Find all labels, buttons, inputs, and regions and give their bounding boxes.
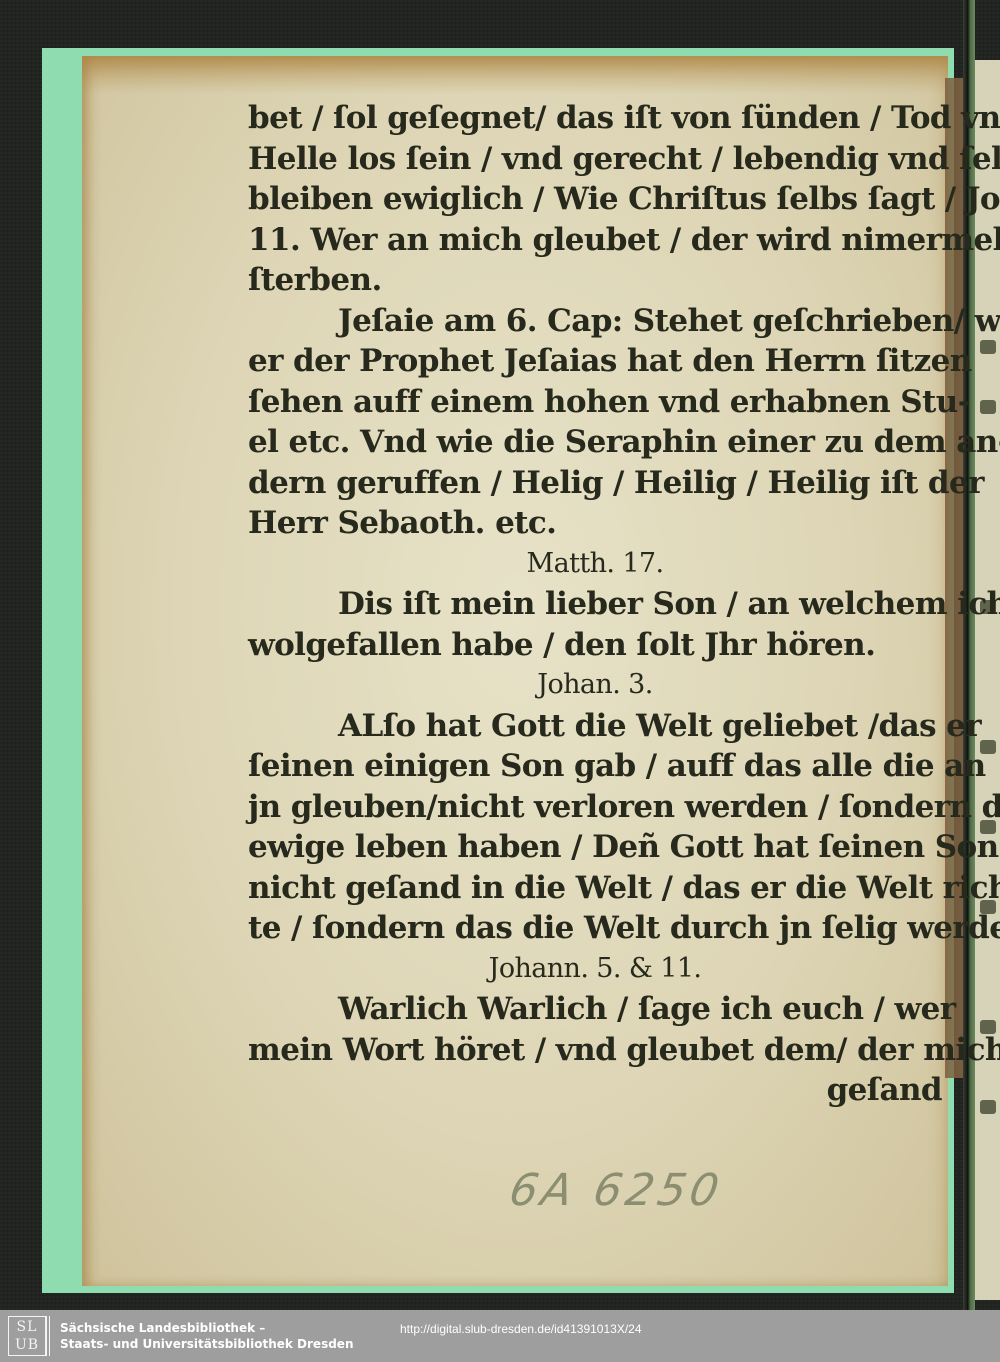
scripture-reference-heading: Johan. 3.: [248, 665, 942, 706]
adjacent-page-text-fragment: [980, 400, 996, 414]
text-line: jn gleuben/nicht verloren werden / ſonde…: [248, 787, 942, 828]
text-line: el etc. Vnd wie die Seraphin einer zu de…: [248, 422, 942, 463]
scripture-reference-heading: Johann. 5. & 11.: [248, 949, 942, 990]
text-line: ALſo hat Gott die Welt geliebet /das er: [248, 706, 942, 747]
text-line: dern geruffen / Helig / Heilig / Heilig …: [248, 463, 942, 504]
text-line: Herr Sebaoth. etc.: [248, 503, 942, 544]
adjacent-page-text-fragment: [980, 1100, 996, 1114]
institution-name: Sächsische Landesbibliothek – Staats- un…: [60, 1320, 353, 1352]
page-text: bet / ſol geſegnet/ das iſt von ſünden /…: [248, 98, 942, 1111]
text-line: ſterben.: [248, 260, 942, 301]
institution-line-1: Sächsische Landesbibliothek –: [60, 1320, 353, 1336]
logo-text-bottom: UB: [9, 1336, 45, 1354]
text-line: Jeſaie am 6. Cap: Stehet geſchrieben/ wi…: [248, 301, 942, 342]
page-stain: [82, 56, 948, 94]
library-footer: SL UB Sächsische Landesbibliothek – Staa…: [0, 1310, 1000, 1362]
text-line: ſeinen einigen Son gab / auff das alle d…: [248, 746, 942, 787]
text-line: Warlich Warlich / ſage ich euch / wer: [248, 989, 942, 1030]
text-line: ſehen auff einem hohen vnd erhabnen Stu-: [248, 382, 942, 423]
pencil-shelfmark: 6A 6250: [506, 1165, 727, 1216]
text-line: Dis iſt mein lieber Son / an welchem ich: [248, 584, 942, 625]
permalink-url[interactable]: http://digital.slub-dresden.de/id4139101…: [400, 1322, 642, 1336]
text-line: nicht geſand in die Welt / das er die We…: [248, 868, 942, 909]
text-line: bet / ſol geſegnet/ das iſt von ſünden /…: [248, 98, 942, 139]
text-line: wolgefallen habe / den ſolt Jhr hören.: [248, 625, 942, 666]
text-line: ewige leben haben / Deñ Gott hat ſeinen …: [248, 827, 942, 868]
text-line: te / ſondern das die Welt durch jn ſelig…: [248, 908, 942, 949]
text-line: mein Wort höret / vnd gleubet dem/ der m…: [248, 1030, 942, 1071]
text-line: bleiben ewiglich / Wie Chriſtus ſelbs ſa…: [248, 179, 942, 220]
text-line: Helle los ſein / vnd gerecht / lebendig …: [248, 139, 942, 180]
adjacent-page-text-fragment: [980, 340, 996, 354]
slub-logo-icon: SL UB: [8, 1316, 46, 1356]
logo-text-top: SL: [9, 1318, 45, 1336]
institution-line-2: Staats- und Universitätsbibliothek Dresd…: [60, 1336, 353, 1352]
text-line: er der Prophet Jeſaias hat den Herrn ſit…: [248, 341, 942, 382]
text-line: 11. Wer an mich gleubet / der wird nimer…: [248, 220, 942, 261]
catchword: geſand: [248, 1070, 942, 1111]
scripture-reference-heading: Matth. 17.: [248, 544, 942, 585]
